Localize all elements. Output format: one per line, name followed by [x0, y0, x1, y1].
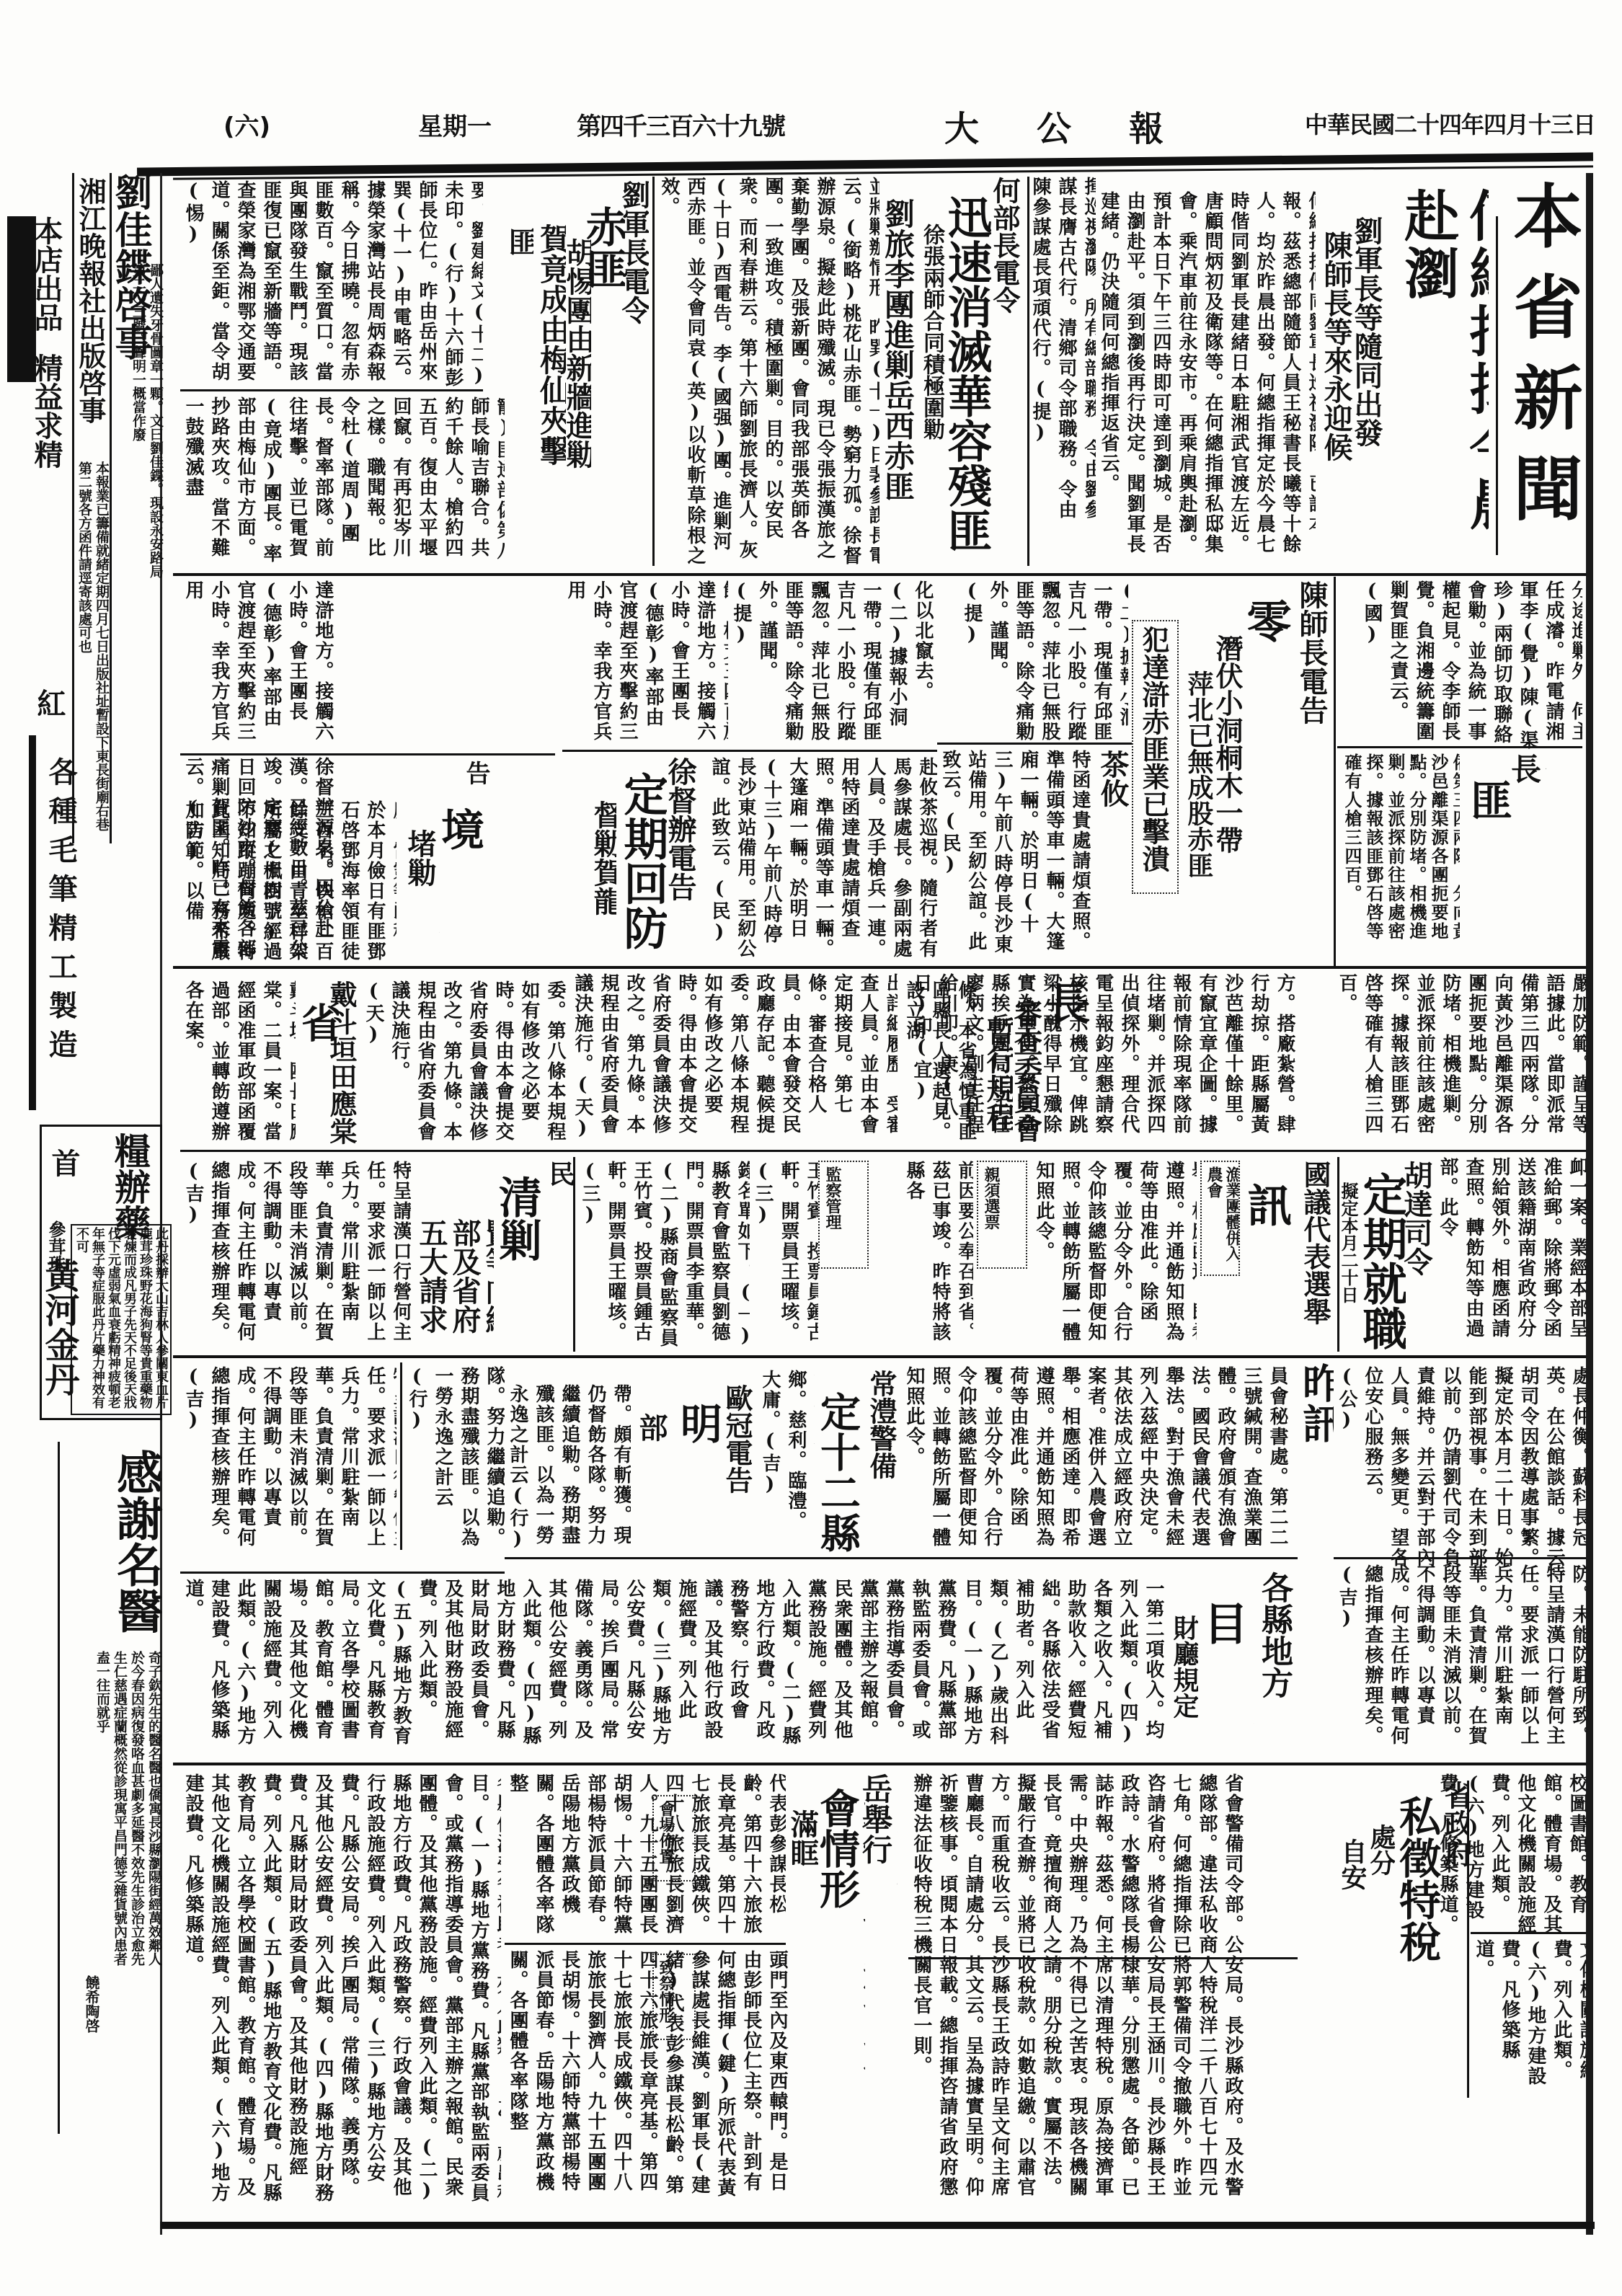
- article-he-cheng-headline: 賀竟成由梅仙夾擊: [537, 223, 566, 562]
- article-memorial-body: 本月十日。為陸軍第十六師在岳(州)縣行追悼該師討逆勦共勦匪陣亡將士大會。本社會派…: [505, 1773, 786, 1939]
- issue-date: 中華民國二十四年四月十三日: [1305, 107, 1595, 140]
- article-three-kicker: 省政府: [1438, 1781, 1467, 1889]
- ad-thanks-signature: 饒希陶啓: [81, 1975, 102, 2033]
- article-canton-hua-kicker: 南華兩縣公民: [544, 1161, 573, 1305]
- article-liu-brigade-body: 何部長應欽。昨有灰(十日)電到湘。略以殘匪。圖擾岳。監(利)。值總攻贛匪之際。希…: [656, 177, 879, 569]
- col-rule: [1467, 1781, 1469, 2098]
- article-budget-sub: 財廳規定: [1168, 1615, 1198, 1759]
- article-three-sub1: 長沙縣王縣長政詩自請處分: [1366, 1824, 1395, 2098]
- article-baojian-body-cont: 事務所業務。須提出詳細履歷。受審查人員。並由本會定期接見。第七條。審查合格人員。…: [360, 980, 570, 1146]
- article-ouyang-body: 歐區指揮冠昨來巽(十一)成電云。職定於文(十二)日赴陽明督剿餘匪。並結束陽明政務…: [505, 1384, 631, 1553]
- article-chen-sub1: 潛伏小洞桐木一帶: [1211, 634, 1243, 887]
- ad-liu-jiadie-body: 鄙人遺失牙骨圖章一顆。文曰劉佳鍱。現設永安路局第二〇三號。聲明一概當作廢: [130, 263, 151, 580]
- article-budget-kicker: 各縣地方: [1254, 1572, 1298, 1745]
- article-baojian-sub2: 暫行規程: [980, 1016, 1013, 1146]
- article-he-to-liu-headline: 何總指揮今晨赴瀏: [1395, 187, 1489, 569]
- article-budget-body: 財政廳昨令各縣。財委員會編製縣地方歲入歲出預算。以左例各科目為標準。但有特殊情形…: [180, 1579, 1164, 1759]
- article-he-cheng-sub: 袁英師擊潰岳北赤匪: [505, 227, 533, 465]
- article-bandit-guard: 事務所業務。須提出詳細履歷。受審查人員。並由本會定期接見。第七條。審查合格人員。…: [570, 973, 898, 1146]
- article-provincial-body: 南京總事務所。有通令來湘云。為令知事。案准中央執行委員會秘書處。第二二三號緘開。…: [1031, 1161, 1197, 1352]
- article-xu-appt-headline: 卹令到省: [296, 1002, 339, 1146]
- article-hu-da-body: 新任湖南省會警備司令胡達。準備就職。業誌昨報。茲悉胡司令於昨日午飯後。召集警備部…: [1334, 1366, 1586, 1568]
- col-rule: [1027, 177, 1029, 566]
- article-provincial-headline-cont: 省事務所籌備進行昨訊: [1298, 1362, 1334, 1543]
- inner-rule: [180, 1150, 901, 1152]
- article-changli-kicker: 常澧警備: [865, 1370, 901, 1485]
- article-xu-headline: 定期回防: [616, 771, 667, 959]
- article-canton-hua-headline: 要求派兵一師常駐清剿: [494, 1175, 544, 1355]
- article-changli-body-prev: 南京總事務所。有通令來湘云。為令知事。案准中央執行委員會秘書處。第二二三號緘開。…: [901, 1366, 1294, 1553]
- ad-medicine-label: 首: [43, 1148, 84, 1177]
- article-chen-headline: 上栗市股匪化整為零: [1240, 598, 1295, 959]
- article-liu-brigade-headline: 劉旅李團進剿岳西赤匪: [879, 198, 917, 530]
- col-rule: [1334, 577, 1336, 966]
- inner-rule: [180, 1572, 505, 1574]
- row-rule-3: [173, 1355, 1586, 1358]
- article-canton-hua-sub: 華容難民代表張寶賢等向總部及省府五大請求: [415, 1218, 494, 1355]
- article-hu-da-sub: 擬定本月二十日: [1337, 1182, 1359, 1355]
- row-rule-4: [173, 1763, 1586, 1765]
- ad-xiangjiang-news: 湘江晚報社出版啓事 本報業已籌備就緒定期四月七日出版社址暫設下東長街廟右巷第二號…: [72, 173, 112, 843]
- col-rule: [652, 177, 655, 566]
- article-three-headline: 嚴查三機關違法私徵特稅: [1395, 1795, 1442, 2098]
- article-baojian-sub1: 審查委員會: [1009, 998, 1042, 1150]
- article-changli-headline: 管轄區域定十二縣: [815, 1391, 865, 1557]
- inner-rule: [1334, 1557, 1586, 1559]
- row-rule-1: [173, 573, 1586, 576]
- article-chen-kicker: 陳師長電告: [1294, 580, 1330, 739]
- article-xu-kicker: 徐督辦電告: [663, 757, 699, 923]
- ad-thanks-body: 奇子欽先生的醫名醫也僑寓長沙縣瀏陽街經萬效鄰人於今春因病復發咯血甚劇多延醫不效先…: [94, 1651, 163, 1968]
- article-canton-kicker: 宜章電告: [461, 761, 490, 854]
- ad-divider-bar: [29, 735, 36, 1110]
- article-memorial-body2: 本月十日。為陸軍第十六師在岳(州)縣行追悼該師討逆勦共勦匪陣亡將士大會。本社會派…: [505, 1950, 793, 2209]
- article-canton-body: 昨宜章來電云(銜略)鈞鑒。頃據屬縣黃沙公局局長李燦湘呈稱。三月卅一日午後三時。接…: [180, 800, 396, 962]
- article-fan-da-ji-body-top: 陳師長光中昨有蒸(十日)電來省。謂據上栗市萍鄉第六區保安團報告。前圍竄犯上栗市之…: [728, 580, 934, 746]
- article-ouyang-body-cont: 歐區指揮冠昨來巽(十一)成電云。職定於文(十二)日赴陽明督剿餘匪。並結束陽明政務…: [404, 1366, 505, 1553]
- ad-medicine-body: 此丹採辦大山吉林人參關東血片鹿茸珍珠野花海狗腎等貴重藥物製煉而成凡男子先天不足後…: [71, 1224, 172, 1415]
- section-title-rule: [1496, 216, 1498, 555]
- inner-rule: [1298, 1150, 1586, 1152]
- article-provincial-headline: 省事務所籌備進行昨訊: [1240, 1182, 1298, 1355]
- col-rule: [1337, 1157, 1339, 1352]
- inner-rule: [180, 753, 555, 755]
- inner-rule: [937, 743, 1132, 745]
- article-canton-hua-body-cont: 南華兩縣公民代表張華等。以華容四次失陷。多由軍隊調動換防。未能防駐所致。特呈請漢…: [180, 1366, 396, 1553]
- article-li-he-body: 又據鐵屬第四分隊隊長劉文照。相繼來函情亦如前。邊疆人民。不勝惶恐各等情據此。查秤…: [1341, 753, 1460, 959]
- inner-rule: [901, 1150, 1298, 1152]
- section-title: 本省新聞: [1503, 180, 1582, 569]
- memorial-tag-ceremony: 致祭情形: [652, 1954, 696, 2040]
- ad-brushes: 各種毛筆精工製造: [43, 757, 79, 1103]
- issue-number: 第四千三百六十九號: [577, 107, 784, 142]
- article-tao-body: 卅一師陶師長廣。因攸縣。茶陵。為湘東南要區。要塞工程將次完成。為視察要塞。訓勉官…: [937, 750, 1092, 959]
- article-budget-headline: 預算科目: [1197, 1600, 1254, 1759]
- ad-thanks-doctor: 感謝名醫 奇子欽先生的醫名醫也僑寓長沙縣瀏陽街經萬效鄰人於今春因病復發咯血甚劇多…: [58, 1442, 166, 2134]
- row-rule-2: [173, 966, 1586, 969]
- weekday: 星期一: [418, 107, 492, 142]
- inner-rule: [908, 1957, 1298, 1959]
- article-li-he-body-top: 袁師長英。昨巽(十)日來電云。(銜略)均鑒。奉匪部偵報。匪首徐春浦。率匪部三百餘…: [1359, 580, 1582, 753]
- article-changli-body: 常澧警備司令部。即日可以成立。所有該司令管轄警備區域。昨經規定十二縣如下。常德。…: [757, 1370, 815, 1550]
- inner-rule: [180, 389, 483, 391]
- article-he-cheng-body: 團率部。由岳專車前往新牆痛勦。至渡河進勦段匪(德昌)部隊。現已布署妥善。即向廣與…: [180, 396, 505, 569]
- page-number: (六): [223, 107, 270, 142]
- article-budget-body-left: 財政廳昨令各縣。財委員會編製縣地方歲入歲出預算。以左例各科目為標準。但有特殊情形…: [180, 1773, 501, 2206]
- masthead: (六) 星期一 第四千三百六十九號 大公報 中華民國二十四年四月十三日: [216, 101, 1586, 151]
- article-supervisor-body-cont: 報該縣各團體選舉之監察管理員。經已派定。開單呈請核轉。錄名單如下。(一)縣教育會…: [577, 1161, 750, 1352]
- inner-rule: [1337, 746, 1582, 748]
- ad-shop-products: 本店出品 精益求精: [29, 216, 68, 649]
- article-supervisor-tag: 監察管理: [818, 1161, 869, 1269]
- article-budget-body-right2: 財政廳昨令各縣。財委員會編製縣地方歲入歲出預算。以左例各科目為標準。但有特殊情形…: [1471, 1939, 1586, 2098]
- article-canton-sub: 團隊前往堵勦: [404, 829, 440, 966]
- article-he-order-body-cont: 陳師長光中得悉何總指揮劉軍長等赴瀏視察。昨特有文(十二)午電來省。表示竭誠歡迎。…: [1027, 177, 1096, 537]
- article-three-sub2: 論事雖難諉過問心尚覺自安: [1337, 1838, 1366, 2098]
- article-supervisor-body: 報該縣各團體選舉之監察管理員。經已派定。開單呈請核轉。錄名單如下。(一)縣教育會…: [750, 1161, 818, 1352]
- article-he-order-sub: 徐張兩師合同積極圍勦: [919, 223, 945, 526]
- article-canton-bandits-body-top: 三十二師師長陳光中。昨巽(十一日)由瀏陽電告來省云(銜略)鈞鑒。據湯團長(宏懷)…: [180, 580, 339, 746]
- article-ouyang-headline: 親赴陽明: [674, 1402, 721, 1553]
- article-misc-right-top: 茲復准軍政部函開。據第四路總指揮何鍵呈。為故員戴斗垣。田應棠等二員。請給卹一案。…: [1435, 1157, 1586, 1352]
- article-liu-order-sub: 胡惕團由新牆進勦: [562, 238, 591, 569]
- article-ouyang-kicker: 歐冠電告: [721, 1384, 753, 1514]
- article-fan-da-ji-body: 三十二師師長陳光中。昨巽(十一日)由瀏陽電告來省云(銜略)鈞鑒。據湯團長(宏懷)…: [562, 580, 728, 746]
- article-liu-order-body: 劉軍長建緒昨電令略云。急。岳州彭師長勛鑒。巽(十一)申電悉。一面速令胡(惕)團進…: [180, 180, 483, 389]
- article-he-to-liu-sub2: 陳師長等來永迎候: [1319, 231, 1355, 569]
- ad-medicine-brand2-wrap: 黃河金丹: [40, 1258, 83, 1417]
- article-he-to-liu-body: 何總指揮偕同劉軍長巡視瀏陽。已誌本報。茲悉總部隨節人員王秘書長曦等十餘人。均於昨…: [1096, 191, 1316, 566]
- article-he-order-headline: 迅速消滅華容殘匪: [941, 195, 991, 569]
- memorial-tag-venue: 會場佈置: [652, 1795, 696, 1881]
- ad-thanks-title: 感謝名醫: [110, 1449, 161, 1634]
- article-fan-da-ji-headline: 犯達滸赤匪業已擊潰: [1132, 620, 1179, 894]
- col-rule: [573, 1157, 575, 1352]
- inner-rule: [1471, 1932, 1586, 1934]
- inner-rule: [505, 1943, 786, 1945]
- article-chen-sub2: 萍北已無成股赤匪: [1182, 670, 1214, 887]
- inner-rule: [562, 750, 937, 752]
- article-memorial-headline: 追悼陣亡將士大會情形: [815, 1788, 865, 2091]
- article-qiyang-body: 祁陽縣長楊閫宜。日前因要公奉召到省。茲已事竣。昨特將該縣各: [901, 1161, 973, 1352]
- article-baojian-headline: 保薦縣長: [1038, 980, 1096, 1153]
- article-canton-hua-body: 南華兩縣公民代表張華等。以華容四次失陷。多由軍隊調動換防。未能防駐所致。特呈請漢…: [180, 1161, 411, 1352]
- article-baojian-body: 湖南保薦縣長資格審查委員會暫行規程。已於前日省務會議通過矣。共計九條如下。第一條…: [901, 980, 980, 1150]
- article-canton-hua-body-right: 南華兩縣公民代表張華等。以華容四次失陷。多由軍隊調動換防。未能防駐所致。特呈請漢…: [1334, 1564, 1586, 1759]
- col-rule: [400, 1362, 402, 1550]
- article-chen-body: 陳師長光中昨有蒸(十日)電來省。謂據上栗市萍鄉第六區保安團報告。前圍竄犯上栗市之…: [959, 580, 1128, 746]
- bottom-rule: [160, 2222, 1595, 2229]
- article-he-order-kicker: 何部長電令: [988, 177, 1024, 321]
- article-xu-sub: 督勦賀龍: [588, 800, 616, 959]
- article-li-he-headline: 統籌剿賀匪: [1463, 779, 1514, 959]
- article-ouyang-sub: 督勦周匪殘部: [634, 1413, 670, 1557]
- article-xu-appt-body: 陸海空軍總司令部。昨有訓令到第四路軍總指揮部。其文曰。為令知事。前據該總指揮呈請…: [180, 980, 296, 1146]
- inner-rule: [505, 1557, 1298, 1559]
- article-tao-body-cont: 卅一師陶師長廣。因攸縣。茶陵。為湘東南要區。要塞工程將次完成。為視察要塞。訓勉官…: [706, 757, 937, 962]
- article-hu-da-headline: 定期就職: [1355, 1171, 1406, 1355]
- article-yuezhou-body: 又據鐵屬第四分隊隊長劉文照。相繼來函情亦如前。邊疆人民。不勝惶恐各等情據此。查秤…: [1334, 973, 1586, 1146]
- article-provincial-tag: 漁業團體併入農會: [1200, 1161, 1240, 1276]
- paper-title: 大公報: [944, 101, 1221, 151]
- article-tao-headline: 陶師長本日出巡茶攸: [1096, 750, 1132, 959]
- article-provincial-kicker: 國議代表選舉: [1298, 1161, 1334, 1355]
- article-qiyang-tag: 親須選票: [977, 1161, 1027, 1269]
- article-three-body: 省會警備司令部。公安局。長沙縣政府。及水警總隊部。違法私收商人特稅洋二千八百七十…: [908, 1773, 1334, 2206]
